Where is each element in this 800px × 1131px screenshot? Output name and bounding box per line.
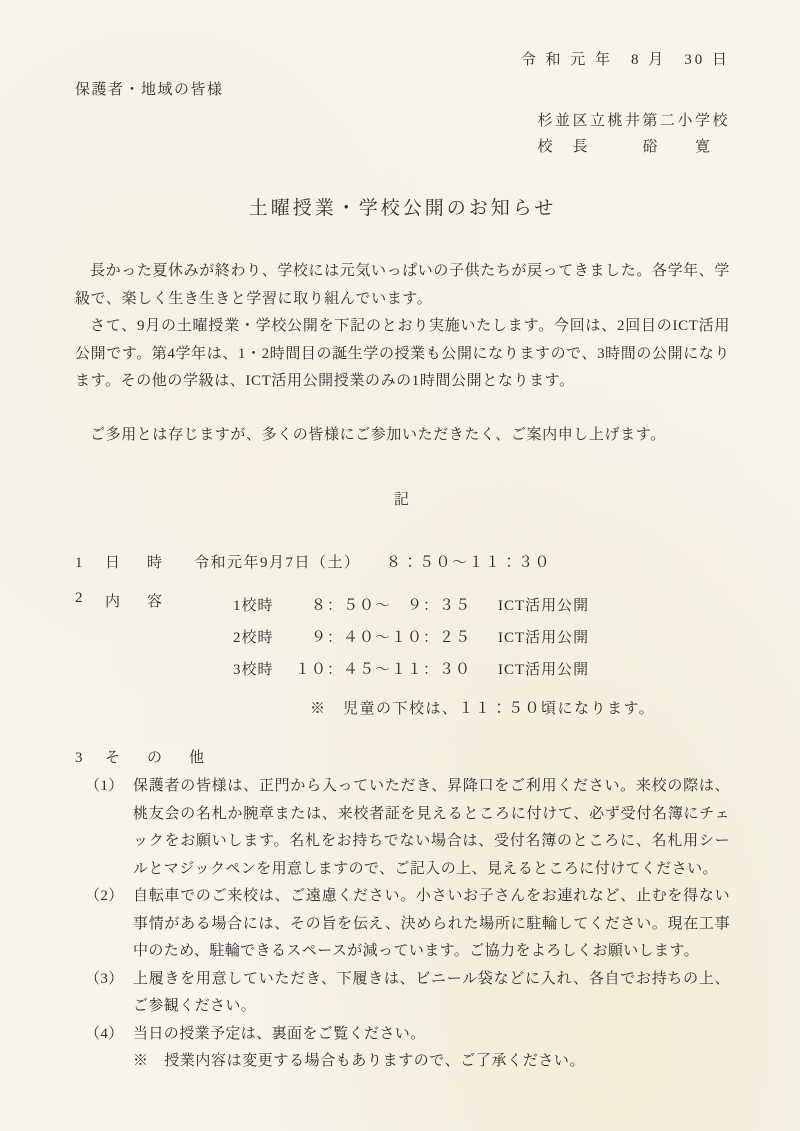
list-item-3: （3） 上履きを用意していただき、下履きは、ビニール袋などに入れ、各自でお持ちの…: [85, 966, 730, 1021]
period-label: 3校時: [233, 654, 295, 686]
paragraph-invitation: ご多用とは存じますが、多くの皆様にご参加いただきたく、ご案内申し上げます。: [75, 422, 730, 450]
period-time: ９：４０～１０：２５: [295, 622, 480, 654]
period-note: ICT活用公開: [498, 590, 589, 622]
item-marker: （3）: [85, 966, 133, 994]
schedule-row-period1: 1校時 ８：５０～ ９：３５ ICT活用公開: [233, 590, 730, 622]
item-marker: （1）: [85, 773, 133, 801]
school-name: 杉並区立桃井第二小学校: [537, 108, 730, 134]
schedule-row-period2: 2校時 ９：４０～１０：２５ ICT活用公開: [233, 622, 730, 654]
section-label: そ の 他: [105, 746, 210, 767]
dismissal-note: ※ 児童の下校は、１１：５０頃になります。: [75, 698, 730, 720]
sender-block: 杉並区立桃井第二小学校 校 長 硲 寛: [537, 108, 730, 160]
paragraph-greeting: 長かった夏休みが終わり、学校には元気いっぱいの子供たちが戻ってきました。各学年、…: [75, 258, 730, 313]
section-datetime: 1 日 時 令和元年9月7日（土） ８：５０～１１：３０: [75, 551, 730, 572]
period-note: ICT活用公開: [498, 654, 589, 686]
period-time: ８：５０～ ９：３５: [295, 590, 480, 622]
document-title: 土曜授業・学校公開のお知らせ: [75, 196, 730, 222]
schedule-row-period3: 3校時 １０：４５～１１：３０ ICT活用公開: [233, 654, 730, 686]
section-contents-header: 2 内 容: [75, 590, 233, 686]
item-marker: （2）: [85, 883, 133, 911]
section-other-header: 3 そ の 他: [75, 746, 730, 767]
principal-name-line: 校 長 硲 寛: [537, 134, 712, 160]
period-label: 1校時: [233, 590, 295, 622]
section-number: 2: [75, 590, 93, 686]
record-marker: 記: [75, 489, 730, 511]
section-label: 内 容: [105, 590, 168, 686]
datetime-value: 令和元年9月7日（土） ８：５０～１１：３０: [194, 551, 551, 572]
intro-paragraphs: 長かった夏休みが終わり、学校には元気いっぱいの子供たちが戻ってきました。各学年、…: [75, 258, 730, 396]
section-contents: 2 内 容 1校時 ８：５０～ ９：３５ ICT活用公開 2校時 ９：４０～１０…: [75, 590, 730, 686]
list-item-2: （2） 自転車でのご来校は、ご遠慮ください。小さいお子さんをお連れなど、止むを得…: [85, 883, 730, 966]
notice-document-page: 令 和 元 年 8 月 30 日 保護者・地域の皆様 杉並区立桃井第二小学校 校…: [0, 0, 800, 1131]
section-number: 1: [75, 555, 93, 572]
list-item-1: （1） 保護者の皆様は、正門から入っていただき、昇降口をご利用ください。来校の際…: [85, 773, 730, 883]
schedule-rows: 1校時 ８：５０～ ９：３５ ICT活用公開 2校時 ９：４０～１０：２５ IC…: [233, 590, 730, 686]
item-marker: （4）: [85, 1021, 133, 1049]
item-text: 上履きを用意していただき、下履きは、ビニール袋などに入れ、各自でお持ちの上、ご参…: [133, 966, 730, 1021]
recipient-line: 保護者・地域の皆様: [75, 80, 730, 100]
list-item-4-subnote: ※ 授業内容は変更する場合もありますので、ご了承ください。: [85, 1048, 730, 1076]
section-label: 日 時: [105, 551, 168, 572]
item-text: 保護者の皆様は、正門から入っていただき、昇降口をご利用ください。来校の際は、桃友…: [133, 773, 730, 883]
other-items-list: （1） 保護者の皆様は、正門から入っていただき、昇降口をご利用ください。来校の際…: [85, 773, 730, 1076]
item-text: 自転車でのご来校は、ご遠慮ください。小さいお子さんをお連れなど、止むを得ない事情…: [133, 883, 730, 966]
list-item-4: （4） 当日の授業予定は、裏面をご覧ください。: [85, 1021, 730, 1049]
period-time: １０：４５～１１：３０: [295, 654, 480, 686]
section-number: 3: [75, 750, 93, 767]
issue-date: 令 和 元 年 8 月 30 日: [75, 50, 730, 70]
period-label: 2校時: [233, 622, 295, 654]
period-note: ICT活用公開: [498, 622, 589, 654]
item-text: 当日の授業予定は、裏面をご覧ください。: [133, 1021, 730, 1049]
paragraph-announcement: さて、9月の土曜授業・学校公開を下記のとおり実施いたします。今回は、2回目のIC…: [75, 313, 730, 396]
